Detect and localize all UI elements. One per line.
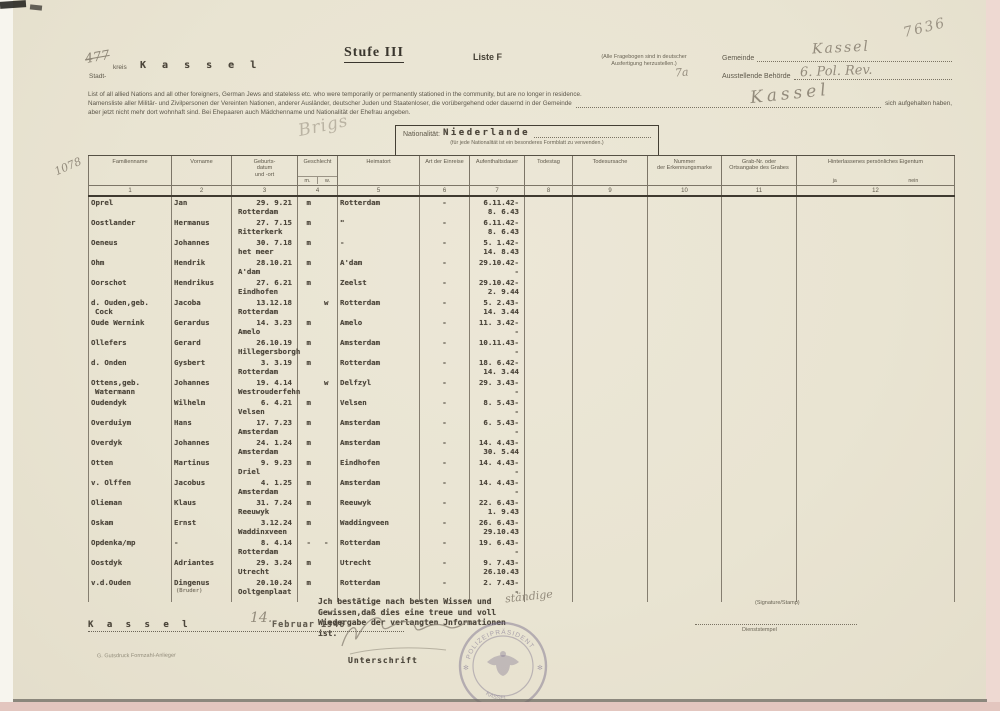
cell-vorname: Hendrik [172,257,232,277]
column-header: Familienname [88,156,172,185]
cell-todesursache [573,537,648,557]
column-number: 10 [648,186,722,195]
table-line-extension-cell [172,597,232,602]
cell-todestag [525,517,573,537]
cell-todestag [525,257,573,277]
cell-heimatort: Amsterdam [338,337,420,357]
gemeinde-label: Gemeinde [722,55,754,62]
column-number: 12 [797,186,955,195]
table-body: OprelJan29. 9.21RotterdammRotterdam-6.11… [88,197,955,597]
cell-geschlecht: m [298,317,338,337]
cell-erkennungsmarke [648,417,722,437]
cell-familienname: Opdenka/mp [88,537,172,557]
cell-geschlecht: w [298,297,338,317]
table-row: OhmHendrik28.10.21A'dammA'dam-29.10.42-- [88,257,955,277]
cell-familienname: Otten [88,457,172,477]
table-row: OverduiymHans17. 7.23AmsterdammAmsterdam… [88,417,955,437]
cell-eigentum [797,437,955,457]
cell-erkennungsmarke [648,337,722,357]
dotted-rule [534,137,651,138]
cell-erkennungsmarke [648,217,722,237]
cell-todestag [525,377,573,397]
cell-geschlecht: -- [298,537,338,557]
cell-grab-nr [722,537,797,557]
cell-grab-nr [722,297,797,317]
cell-heimatort: Amsterdam [338,437,420,457]
cell-todesursache [573,237,648,257]
cell-geschlecht: m [298,457,338,477]
cell-vorname: Hendrikus [172,277,232,297]
cell-grab-nr [722,457,797,477]
cell-todestag [525,197,573,217]
cell-art-der-einreise: - [420,497,470,517]
cell-todesursache [573,277,648,297]
cell-todesursache [573,377,648,397]
cell-todestag [525,417,573,437]
column-header: Heimatort [338,156,420,185]
cell-grab-nr [722,437,797,457]
column-header: Grab-Nr. oder Ortsangabe des Grabes [722,156,797,185]
cell-eigentum [797,317,955,337]
cell-erkennungsmarke [648,497,722,517]
cell-erkennungsmarke [648,257,722,277]
cell-geburtsdatum-ort: 28.10.21A'dam [232,257,298,277]
cell-aufenthaltsdauer: 6. 5.43-- [470,417,525,437]
cell-aufenthaltsdauer: 6.11.42-8. 6.43 [470,217,525,237]
cell-familienname: Oeneus [88,237,172,257]
cell-erkennungsmarke [648,517,722,537]
table-row: OllefersGerard26.10.19HillegersborghmAms… [88,337,955,357]
cell-art-der-einreise: - [420,337,470,357]
scan-edge-bottom [0,702,1000,711]
cell-geschlecht: m [298,257,338,277]
intro-english: List of all allied Nations and all other… [88,90,952,99]
official-round-stamp: POLIZEIPRÄSIDENT KASSEL ✻ ✻ [455,618,551,711]
cell-vorname: Gerard [172,337,232,357]
cell-aufenthaltsdauer: 14. 4.43-- [470,477,525,497]
eigentum-subheader: janein [797,178,954,184]
cell-todestag [525,337,573,357]
column-header: Aufenthaltsdauer [470,156,525,185]
cell-grab-nr [722,497,797,517]
cell-aufenthaltsdauer: 29.10.42-2. 9.44 [470,277,525,297]
cell-eigentum [797,417,955,437]
column-number: 8 [525,186,573,195]
column-number: 1 [88,186,172,195]
cell-vorname: Martinus [172,457,232,477]
cell-art-der-einreise: - [420,277,470,297]
cell-aufenthaltsdauer: 9. 7.43-26.10.43 [470,557,525,577]
cell-aufenthaltsdauer: 5. 2.43-14. 3.44 [470,297,525,317]
cell-grab-nr [722,397,797,417]
cell-todestag [525,297,573,317]
cell-todesursache [573,577,648,597]
column-header: Hinterlassenes persönliches Eigentumjane… [797,156,955,185]
cell-grab-nr [722,557,797,577]
column-header: Nummer der Erkennungsmarke [648,156,722,185]
form-grade-title: Stufe III [344,45,404,63]
nationality-value: Niederlande [443,128,530,138]
seal-label: Dienststempel [742,627,777,633]
cell-vorname: Jan [172,197,232,217]
intro-paragraph: List of all allied Nations and all other… [88,90,952,118]
cell-eigentum [797,577,955,597]
cell-heimatort: Velsen [338,397,420,417]
cell-eigentum [797,297,955,317]
cell-vorname: Ernst [172,517,232,537]
cell-geschlecht: m [298,477,338,497]
cell-geburtsdatum-ort: 26.10.19Hillegersborgh [232,337,298,357]
column-number: 11 [722,186,797,195]
cell-geburtsdatum-ort: 6. 4.21Velsen [232,397,298,417]
handwritten-day: 14. [250,610,272,626]
pencil-mark: 7a [674,65,689,79]
column-number: 3 [232,186,298,195]
cell-todesursache [573,217,648,237]
cell-familienname: Oostlander [88,217,172,237]
cell-geschlecht: m [298,237,338,257]
cell-todesursache [573,397,648,417]
table-row: v. OlffenJacobus4. 1.25AmsterdammAmsterd… [88,477,955,497]
cell-vorname: Wilhelm [172,397,232,417]
cell-geburtsdatum-ort: 30. 7.18het meer [232,237,298,257]
table-row: OostdykAdriantes29. 3.24UtrechtmUtrecht-… [88,557,955,577]
cell-geburtsdatum-ort: 3. 3.19Rotterdam [232,357,298,377]
seal-dotted-rule [695,624,857,625]
cell-geschlecht: m [298,417,338,437]
table-line-extension-cell [648,597,722,602]
table-line-extension-cell [88,597,172,602]
cell-geburtsdatum-ort: 3.12.24Waddinxveen [232,517,298,537]
cell-grab-nr [722,377,797,397]
table-column-numbers: 123456789101112 [88,185,955,197]
cell-geburtsdatum-ort: 31. 7.24Reeuwyk [232,497,298,517]
cell-todesursache [573,557,648,577]
table-row: OostlanderHermanus27. 7.15Ritterkerkm"-6… [88,217,955,237]
table-header-row: FamiliennameVornameGeburts- datum und -o… [88,155,955,185]
stamp-eagle-emblem [487,655,519,676]
cell-grab-nr [722,277,797,297]
cell-familienname: Ohm [88,257,172,277]
cell-todesursache [573,417,648,437]
cell-art-der-einreise: - [420,317,470,337]
district-label-kreis: kreis [113,64,127,71]
cell-vorname: Klaus [172,497,232,517]
intro-german-1-tail: sich aufgehalten haben, [885,99,952,108]
cell-todesursache [573,517,648,537]
scan-shadow-line [13,699,987,702]
cell-art-der-einreise: - [420,457,470,477]
cell-todestag [525,357,573,377]
cell-eigentum [797,377,955,397]
cell-art-der-einreise: - [420,297,470,317]
cell-aufenthaltsdauer: 5. 1.42-14. 8.43 [470,237,525,257]
cell-aufenthaltsdauer: 11. 3.42-- [470,317,525,337]
cell-todesursache [573,497,648,517]
cell-eigentum [797,277,955,297]
cell-erkennungsmarke [648,537,722,557]
cell-vorname: Jacobus [172,477,232,497]
cell-vorname: Johannes [172,437,232,457]
behoerde-handwritten-value: 6. Pol. Rev. [800,63,873,81]
cell-todestag [525,557,573,577]
cell-eigentum [797,337,955,357]
cell-art-der-einreise: - [420,537,470,557]
printer-imprint: G. Gutsdruck Formzahl-Anlieger [97,653,176,660]
intro-german-1: Namensliste aller Militär- und Zivilpers… [88,99,952,108]
table-line-extension-cell [232,597,298,602]
cell-grab-nr [722,257,797,277]
cell-eigentum [797,557,955,577]
table-row: Opdenka/mp-8. 4.14Rotterdam--Rotterdam-1… [88,537,955,557]
table-row: OprelJan29. 9.21RotterdammRotterdam-6.11… [88,197,955,217]
column-number: 7 [470,186,525,195]
cell-todestag [525,277,573,297]
cell-geburtsdatum-ort: 20.10.24Ooltgenplaat [232,577,298,597]
cell-eigentum [797,477,955,497]
list-letter: Liste F [473,52,502,62]
cell-todesursache [573,357,648,377]
cell-erkennungsmarke [648,297,722,317]
nationality-note: (für jede Nationalität ist ein besondere… [403,140,651,146]
cell-familienname: Oostdyk [88,557,172,577]
cell-erkennungsmarke [648,557,722,577]
table-row: OverdykJohannes24. 1.24AmsterdammAmsterd… [88,437,955,457]
cell-eigentum [797,497,955,517]
cell-familienname: Overduiym [88,417,172,437]
cell-heimatort: Rotterdam [338,577,420,597]
cell-geburtsdatum-ort: 24. 1.24Amsterdam [232,437,298,457]
cell-geburtsdatum-ort: 29. 3.24Utrecht [232,557,298,577]
table-row: OskamErnst3.12.24WaddinxveenmWaddingveen… [88,517,955,537]
cell-geburtsdatum-ort: 13.12.18Rotterdam [232,297,298,317]
cell-geschlecht: m [298,357,338,377]
nationality-label: Nationalität: [403,131,440,138]
cell-art-der-einreise: - [420,197,470,217]
cell-art-der-einreise: - [420,257,470,277]
cell-geburtsdatum-ort: 27. 7.15Ritterkerk [232,217,298,237]
cell-art-der-einreise: - [420,357,470,377]
cell-heimatort: Reeuwyk [338,497,420,517]
cell-familienname: Ottens,geb.Watermann [88,377,172,397]
cell-aufenthaltsdauer: 10.11.43-- [470,337,525,357]
cell-todesursache [573,257,648,277]
cell-geburtsdatum-ort: 19. 4.14Westrouderfehn [232,377,298,397]
cell-heimatort: A'dam [338,257,420,277]
column-number: 6 [420,186,470,195]
table-row: d. OndenGysbert3. 3.19RotterdammRotterda… [88,357,955,377]
cell-heimatort: - [338,237,420,257]
cell-grab-nr [722,477,797,497]
cell-heimatort: " [338,217,420,237]
cell-art-der-einreise: - [420,397,470,417]
cell-art-der-einreise: - [420,377,470,397]
column-header: Geschlechtm.w. [298,156,338,185]
nationality-box: Nationalität: Niederlande (für jede Nati… [395,125,659,156]
cell-heimatort: Zeelst [338,277,420,297]
table-row: Oude WerninkGerardus14. 3.23AmelomAmelo-… [88,317,955,337]
cell-erkennungsmarke [648,317,722,337]
cell-eigentum [797,537,955,557]
cell-erkennungsmarke [648,397,722,417]
cell-heimatort: Rotterdam [338,537,420,557]
column-header: Todestag [525,156,573,185]
cell-familienname: Oorschot [88,277,172,297]
cell-eigentum [797,517,955,537]
cell-heimatort: Eindhofen [338,457,420,477]
cell-vorname: Gerardus [172,317,232,337]
cell-vorname: Dingenus(Bruder) [172,577,232,597]
cell-heimatort: Amsterdam [338,477,420,497]
behoerde-label: Ausstellende Behörde [722,73,791,80]
cell-todesursache [573,337,648,357]
cell-erkennungsmarke [648,477,722,497]
cell-geburtsdatum-ort: 27. 6.21Eindhofen [232,277,298,297]
table-row: OttenMartinus9. 9.23DrielmEindhofen-14. … [88,457,955,477]
cell-geschlecht: w [298,377,338,397]
cell-geschlecht: m [298,337,338,357]
cell-grab-nr [722,217,797,237]
cell-todestag [525,317,573,337]
cell-geschlecht: m [298,197,338,217]
cell-erkennungsmarke [648,237,722,257]
cell-grab-nr [722,417,797,437]
cell-eigentum [797,237,955,257]
district-label-stadt: Stadt- [89,73,106,80]
dotted-rule [576,99,881,108]
cell-vorname: Hans [172,417,232,437]
cell-heimatort: Amsterdam [338,417,420,437]
cell-todestag [525,457,573,477]
cell-art-der-einreise: - [420,237,470,257]
cell-erkennungsmarke [648,457,722,477]
cell-erkennungsmarke [648,377,722,397]
cell-grab-nr [722,237,797,257]
cell-geburtsdatum-ort: 9. 9.23Driel [232,457,298,477]
cell-geschlecht: m [298,437,338,457]
svg-text:✻: ✻ [537,664,543,672]
cell-erkennungsmarke [648,357,722,377]
cell-geburtsdatum-ort: 8. 4.14Rotterdam [232,537,298,557]
table-row: OliemanKlaus31. 7.24ReeuwykmReeuwyk-22. … [88,497,955,517]
table-line-extension-cell [797,597,955,602]
cell-grab-nr [722,517,797,537]
cell-todestag [525,537,573,557]
cell-aufenthaltsdauer: 14. 4.43-- [470,457,525,477]
cell-geschlecht: m [298,517,338,537]
cell-heimatort: Rotterdam [338,297,420,317]
cell-geburtsdatum-ort: 17. 7.23Amsterdam [232,417,298,437]
cell-heimatort: Delfzyl [338,377,420,397]
cell-heimatort: Amelo [338,317,420,337]
cell-geschlecht: m [298,397,338,417]
cell-eigentum [797,457,955,477]
cell-erkennungsmarke [648,437,722,457]
column-number: 4 [298,186,338,195]
intro-german-1-text: Namensliste aller Militär- und Zivilpers… [88,99,572,108]
cell-geburtsdatum-ort: 14. 3.23Amelo [232,317,298,337]
cell-eigentum [797,197,955,217]
cell-art-der-einreise: - [420,217,470,237]
cell-familienname: Ollefers [88,337,172,357]
intro-german-2: aber jetzt nicht mehr dort wohnhaft sind… [88,108,952,117]
scan-edge-right [986,0,1000,711]
cell-todestag [525,437,573,457]
cell-art-der-einreise: - [420,477,470,497]
cell-todesursache [573,457,648,477]
table-row: Ottens,geb.WatermannJohannes19. 4.14West… [88,377,955,397]
cell-aufenthaltsdauer: 18. 6.42-14. 3.44 [470,357,525,377]
cell-aufenthaltsdauer: 22. 6.43-1. 9.43 [470,497,525,517]
cell-todestag [525,237,573,257]
cell-todesursache [573,437,648,457]
column-header: Todesursache [573,156,648,185]
cell-art-der-einreise: - [420,437,470,457]
cell-erkennungsmarke [648,577,722,597]
cell-todestag [525,497,573,517]
cell-heimatort: Rotterdam [338,197,420,217]
svg-text:✻: ✻ [463,664,469,672]
cell-todesursache [573,197,648,217]
cell-eigentum [797,397,955,417]
cell-familienname: Oprel [88,197,172,217]
cell-aufenthaltsdauer: 8. 5.43-- [470,397,525,417]
column-number: 5 [338,186,420,195]
cell-familienname: d. Ouden,geb.Cock [88,297,172,317]
signature-stamp-note: (Signature/Stamp) [755,600,800,606]
cell-heimatort: Waddingveen [338,517,420,537]
column-header: Art der Einreise [420,156,470,185]
cell-heimatort: Utrecht [338,557,420,577]
cell-familienname: Oudendyk [88,397,172,417]
scanned-document: 477 kreis Stadt- K a s s e l Stufe III L… [0,0,1000,711]
cell-familienname: v.d.Ouden [88,577,172,597]
cell-grab-nr [722,577,797,597]
table-row: d. Ouden,geb.CockJacoba13.12.18Rotterdam… [88,297,955,317]
gemeinde-handwritten-value: Kassel [812,38,871,57]
cell-vorname: Jacoba [172,297,232,317]
cell-vorname: Adriantes [172,557,232,577]
cell-todestag [525,217,573,237]
cell-vorname: Johannes [172,237,232,257]
dotted-rule [757,55,952,62]
cell-heimatort: Rotterdam [338,357,420,377]
cell-geburtsdatum-ort: 29. 9.21Rotterdam [232,197,298,217]
sex-subheader: m.w. [298,176,337,184]
cell-vorname: Hermanus [172,217,232,237]
cell-todestag [525,477,573,497]
cell-grab-nr [722,357,797,377]
signature-label: Unterschrift [348,656,418,665]
cell-aufenthaltsdauer: 29.10.42-- [470,257,525,277]
cell-familienname: Oskam [88,517,172,537]
table-row: OudendykWilhelm6. 4.21VelsenmVelsen-8. 5… [88,397,955,417]
cell-geschlecht: m [298,217,338,237]
cell-familienname: d. Onden [88,357,172,377]
cell-geschlecht: m [298,277,338,297]
cell-geschlecht: m [298,557,338,577]
cell-art-der-einreise: - [420,557,470,577]
cell-familienname: Overdyk [88,437,172,457]
cell-art-der-einreise: - [420,417,470,437]
cell-todestag [525,397,573,417]
district-city-typed: K a s s e l [140,60,261,71]
cell-eigentum [797,257,955,277]
cell-geschlecht: m [298,497,338,517]
cell-geburtsdatum-ort: 4. 1.25Amsterdam [232,477,298,497]
cell-eigentum [797,357,955,377]
cell-aufenthaltsdauer: 29. 3.43-- [470,377,525,397]
